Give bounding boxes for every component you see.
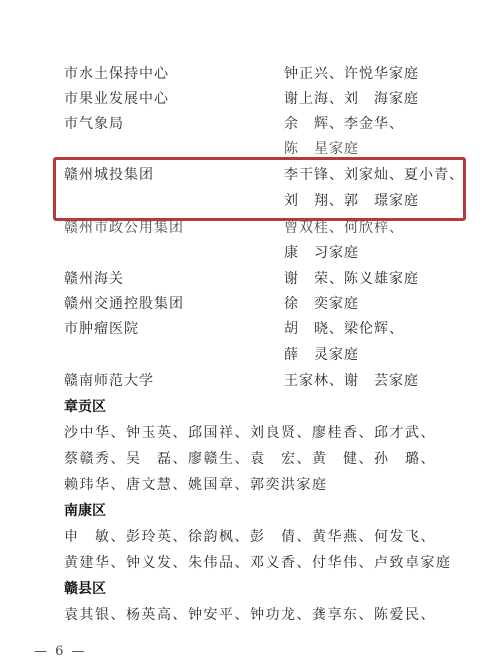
- names-line: 赖玮华、唐文慧、姚国章、郭奕洪家庭: [64, 473, 328, 497]
- family-names: 余 辉、李金华、: [284, 112, 404, 136]
- org-name: 市水土保持中心: [64, 62, 169, 86]
- names-line: 黄建华、钟义发、朱伟品、邓义香、付华伟、卢致卓家庭: [64, 551, 452, 575]
- org-name: 赣南师范大学: [64, 369, 154, 393]
- section-heading: 南康区: [64, 499, 106, 523]
- family-names: 钟正兴、许悦华家庭: [284, 62, 419, 86]
- family-names: 李干锋、刘家灿、夏小青、: [284, 163, 464, 187]
- family-names: 谢上海、刘 海家庭: [284, 87, 419, 111]
- names-line: 蔡赣秀、吴 磊、廖赣生、袁 宏、黄 健、孙 璐、: [64, 447, 436, 471]
- family-names: 薛 灵家庭: [284, 343, 359, 367]
- names-line: 袁其银、杨英高、钟安平、钟功龙、龚享东、陈爱民、: [64, 603, 436, 627]
- names-line: 申 敏、彭玲英、徐韵枫、彭 倩、黄华燕、何发飞、: [64, 525, 436, 549]
- family-names: 胡 晓、梁伦辉、: [284, 317, 404, 341]
- document-page: 市水土保持中心 钟正兴、许悦华家庭 市果业发展中心 谢上海、刘 海家庭 市气象局…: [0, 0, 486, 664]
- family-names: 刘 翔、郭 璟家庭: [284, 189, 419, 213]
- org-name: 市气象局: [64, 112, 124, 136]
- names-line: 沙中华、钟玉英、邱国祥、刘良贤、廖桂香、邱才武、: [64, 421, 436, 445]
- family-names: 康 习家庭: [284, 241, 359, 265]
- org-name: 赣州海关: [64, 267, 124, 291]
- org-name: 赣州城投集团: [64, 163, 154, 187]
- family-names: 谢 荣、陈义雄家庭: [284, 267, 419, 291]
- section-heading: 赣县区: [64, 577, 106, 601]
- family-names: 陈 星家庭: [284, 137, 359, 161]
- family-names: 曾双桂、何欣梓、: [284, 216, 404, 240]
- org-name: 赣州市政公用集团: [64, 216, 184, 240]
- org-name: 赣州交通控股集团: [64, 292, 184, 316]
- org-name: 市果业发展中心: [64, 87, 169, 111]
- section-heading: 章贡区: [64, 395, 106, 419]
- page-number: — 6 —: [34, 644, 87, 659]
- family-names: 徐 奕家庭: [284, 292, 359, 316]
- org-name: 市肿瘤医院: [64, 317, 139, 341]
- family-names: 王家林、谢 芸家庭: [284, 369, 419, 393]
